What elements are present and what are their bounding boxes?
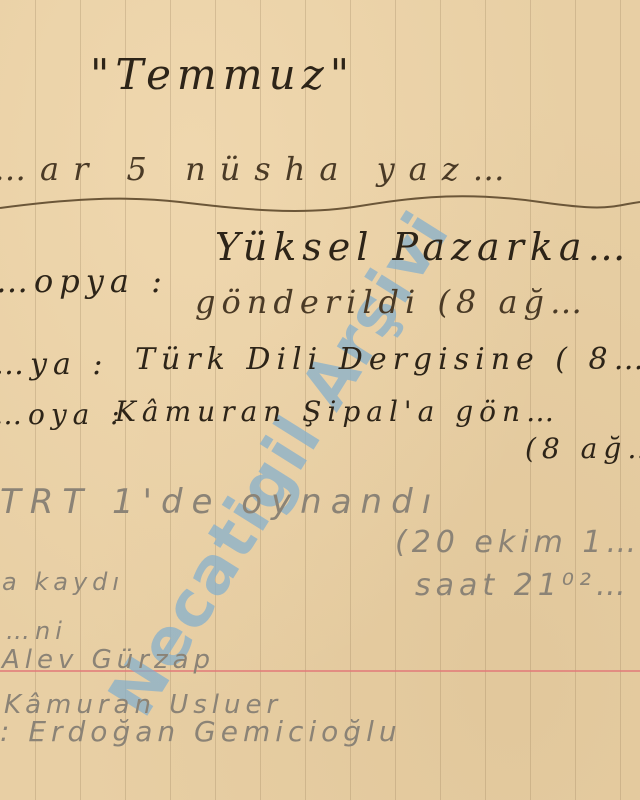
cast-line-2: Alev Gürzap [2,645,215,675]
trt-time-text: saat 21⁰²… [415,568,631,603]
title-text: "Temmuz" [90,50,355,99]
trt-broadcast-text: TRT 1'de oynandı [0,482,440,522]
copies-text: …ar 5 nüsha yaz… [0,150,519,188]
copy2-value: Türk Dili Dergisine ( 8… [135,342,640,377]
copy1-value: Yüksel Pazarka… [215,225,632,269]
cast-line-4: : Erdoğan Gemicioğlu [0,715,402,748]
copy1-label: …opya : [0,262,168,300]
vertical-rule [620,0,621,800]
trt-date-text: (20 ekim 1… [395,525,640,560]
copy3-date: (8 ağ… [525,432,640,465]
vertical-rule [575,0,576,800]
recorded-text: a kaydı [2,568,124,596]
cast-line-1: …ni [6,617,67,645]
copy3-value: Kâmuran Şipal'a gön… [115,395,560,428]
copy1-sent: gönderildi (8 ağ… [195,283,588,321]
copy3-label: …oya : [0,398,126,431]
copy2-label: …ya : [0,347,108,382]
